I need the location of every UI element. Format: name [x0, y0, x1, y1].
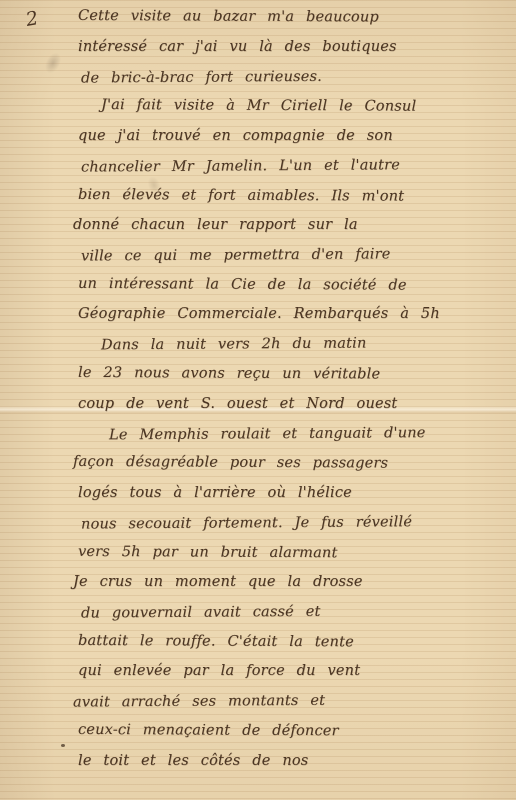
handwriting-line: chancelier Mr Jamelin. L'un et l'autre — [81, 149, 512, 182]
handwriting-line: coup de vent S. ouest et Nord ouest — [78, 389, 512, 419]
paper-stain — [42, 50, 65, 76]
handwriting-line: ceux-ci menaçaient de défoncer — [78, 715, 512, 747]
handwriting-line: que j'ai trouvé en compagnie de son — [78, 121, 512, 151]
handwriting-line: façon désagréable pour ses passagers — [73, 447, 512, 479]
handwriting-line: intéressé car j'ai vu là des boutiques — [78, 32, 512, 62]
handwriting-line: le 23 nous avons reçu un véritable — [78, 358, 512, 390]
letter-page: 2 Cette visite au bazar m'a beaucoup int… — [0, 0, 516, 800]
handwriting-line: avait arraché ses montants et — [73, 685, 512, 718]
handwriting-block: Cette visite au bazar m'a beaucoup intér… — [78, 2, 512, 776]
handwriting-line: J'ai fait visite à Mr Ciriell le Consul — [73, 90, 512, 122]
handwriting-line: de bric-à-brac fort curieuses. — [81, 60, 512, 93]
handwriting-line: Géographie Commerciale. Rembarqués à 5h — [78, 300, 512, 330]
handwriting-line: du gouvernail avait cassé et — [81, 595, 512, 628]
page-number: 2 — [24, 7, 40, 31]
handwriting-line: nous secouait fortement. Je fus réveillé — [81, 506, 512, 539]
handwriting-line: Dans la nuit vers 2h du matin — [73, 328, 512, 361]
ink-speck — [61, 744, 65, 747]
handwriting-line: le toit et les côtés de nos — [78, 746, 512, 776]
handwriting-line: Cette visite au bazar m'a beaucoup — [78, 1, 512, 33]
handwriting-line: qui enlevée par la force du vent — [78, 657, 512, 687]
handwriting-line: battait le rouffe. C'était la tente — [78, 626, 512, 658]
handwriting-line: Je crus un moment que la drosse — [73, 567, 512, 597]
handwriting-line: vers 5h par un bruit alarmant — [78, 536, 512, 568]
handwriting-line: bien élevés et fort aimables. Ils m'ont — [78, 179, 512, 211]
handwriting-line: un intéressant la Cie de la société de — [78, 269, 512, 301]
handwriting-line: donné chacun leur rapport sur la — [73, 210, 512, 240]
handwriting-line: ville ce qui me permettra d'en faire — [81, 238, 512, 271]
handwriting-line: Le Memphis roulait et tanguait d'une — [81, 417, 512, 450]
handwriting-line: logés tous à l'arrière où l'hélice — [78, 478, 512, 508]
